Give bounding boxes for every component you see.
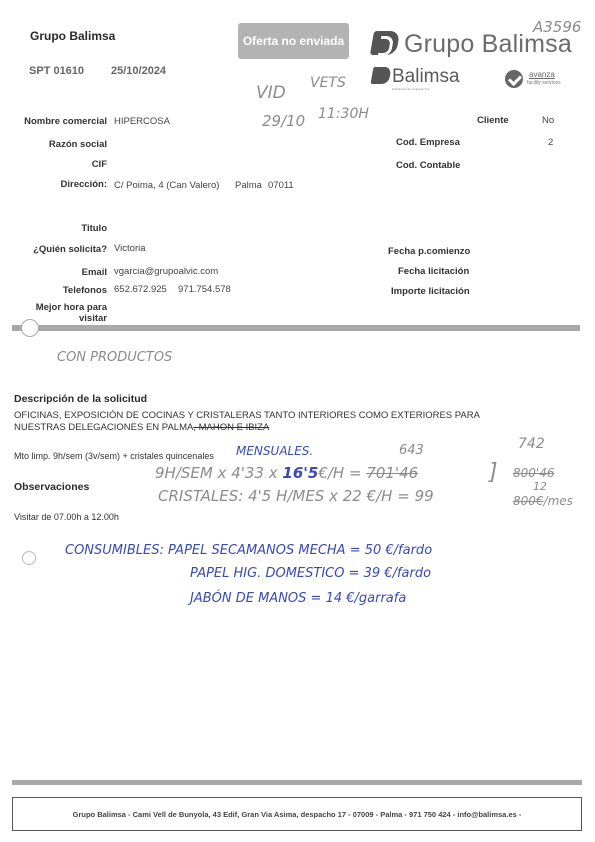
mejor-hora-label: Mejor hora para [0,302,107,313]
handwritten-ref: A3596 [533,18,581,36]
handwritten-calc-2: CRISTALES: 4'5 H/MES x 22 €/H = 99 [158,487,434,505]
logo-sub-tagline: Soluciones de Limpieza S.A. [392,87,430,91]
telefono-2: 971.754.578 [178,284,231,295]
service-summary: Mto limp. 9h/sem (3v/sem) + cristales qu… [14,450,214,462]
handwritten-consumibles-3: JABÓN DE MANOS = 14 €/garrafa [190,591,406,606]
punch-hole-circle-2 [22,551,36,565]
balimsa-logo-icon [370,31,400,55]
telefonos-label: Telefonos [0,285,107,296]
cod-empresa-value: 2 [548,137,553,148]
titulo-label: Titulo [0,223,107,234]
importe-licitacion-label: Importe licitación [391,286,470,297]
description-heading: Descripción de la solicitud [14,393,147,405]
status-badge: Oferta no enviada [238,23,349,59]
handwritten-note: VETS [310,75,346,91]
total2-struck: 800€ [513,494,544,508]
document-date: 25/10/2024 [111,65,166,77]
avanza-check-icon [505,70,523,88]
email-label: Email [0,267,107,278]
calc1-b: €/H = [318,464,361,482]
handwritten-con-productos: CON PRODUCTOS [57,350,172,365]
description-line-2-struck: , MAHON E IBIZA [193,422,269,433]
mejor-hora-label-2: visitar [0,313,107,324]
description-line-2: NUESTRAS DELEGACIONES EN PALMA, MAHON E … [14,422,589,434]
description-line-1: OFICINAS, EXPOSICIÓN DE COCINAS Y CRISTA… [14,410,589,422]
handwritten-calc-1-new: 643 [399,443,424,458]
quien-solicita-value: Victoria [114,243,146,254]
balimsa-small-logo-icon [371,67,392,84]
avanza-tagline: facility services [527,80,561,86]
ciudad-value: Palma [235,180,262,191]
punch-hole-circle [21,319,39,337]
quien-solicita-label: ¿Quién solicita? [0,244,107,255]
section-divider [12,325,580,331]
observations-text: Visitar de 07.00h a 12.00h [14,511,119,523]
telefono-1: 652.672.925 [114,284,167,295]
handwritten-total2-new: 12 [533,480,547,493]
handwritten-total-new: 742 [518,436,545,452]
handwritten-consumibles-2: PAPEL HIG. DOMESTICO = 39 €/fardo [190,566,431,581]
description-text: OFICINAS, EXPOSICIÓN DE COCINAS Y CRISTA… [14,410,589,434]
balimsa-logo: Balimsa [372,66,460,88]
direccion-value: C/ Poima, 4 (Can Valero) [114,180,219,191]
nombre-comercial-label: Nombre comercial [0,116,107,127]
razon-social-label: Razón social [0,139,107,150]
document-code: SPT 01610 [29,65,84,77]
cp-value: 07011 [268,180,294,191]
calc1-a: 9H/SEM x 4'33 x [155,464,278,482]
logo-sub-text: Balimsa [392,66,460,87]
cod-contable-label: Cod. Contable [396,160,460,171]
handwritten-calc-1: 9H/SEM x 4'33 x 16'5€/H = 701'46 [155,464,418,482]
description-line-2-kept: NUESTRAS DELEGACIONES EN PALMA [14,422,193,433]
handwritten-bracket: ] [489,460,498,485]
cif-label: CIF [0,159,107,170]
total2-unit: /mes [544,494,573,508]
avanza-text: avanza [529,70,555,79]
email-value: vgarcia@grupoalvic.com [114,266,218,277]
cod-empresa-label: Cod. Empresa [396,137,460,148]
calc1-struck: 701'46 [366,464,418,482]
company-name: Grupo Balimsa [30,29,115,43]
fecha-licitacion-label: Fecha licitación [398,266,469,277]
cliente-value: No [542,115,554,126]
observations-heading: Observaciones [14,481,89,493]
nombre-comercial-value: HIPERCOSA [114,116,170,127]
footer-address: Grupo Balimsa - Cami Vell de Bunyola, 43… [12,797,582,831]
handwritten-mensuales: MENSUALES. [236,444,313,458]
handwritten-consumibles-1: CONSUMIBLES: PAPEL SECAMANOS MECHA = 50 … [65,543,432,558]
footer-divider [12,780,582,785]
handwritten-time: 11:30H [318,106,369,122]
handwritten-total2: 800€/mes [513,494,573,508]
fecha-comienzo-label: Fecha p.comienzo [388,246,470,257]
direccion-label: Dirección: [0,179,107,190]
calc1-rate: 16'5 [282,464,318,482]
handwritten-date: 29/10 [262,112,305,130]
handwritten-note: VID [256,83,286,103]
cliente-label: Cliente [477,115,509,126]
handwritten-total-struck: 800'46 [513,466,554,480]
